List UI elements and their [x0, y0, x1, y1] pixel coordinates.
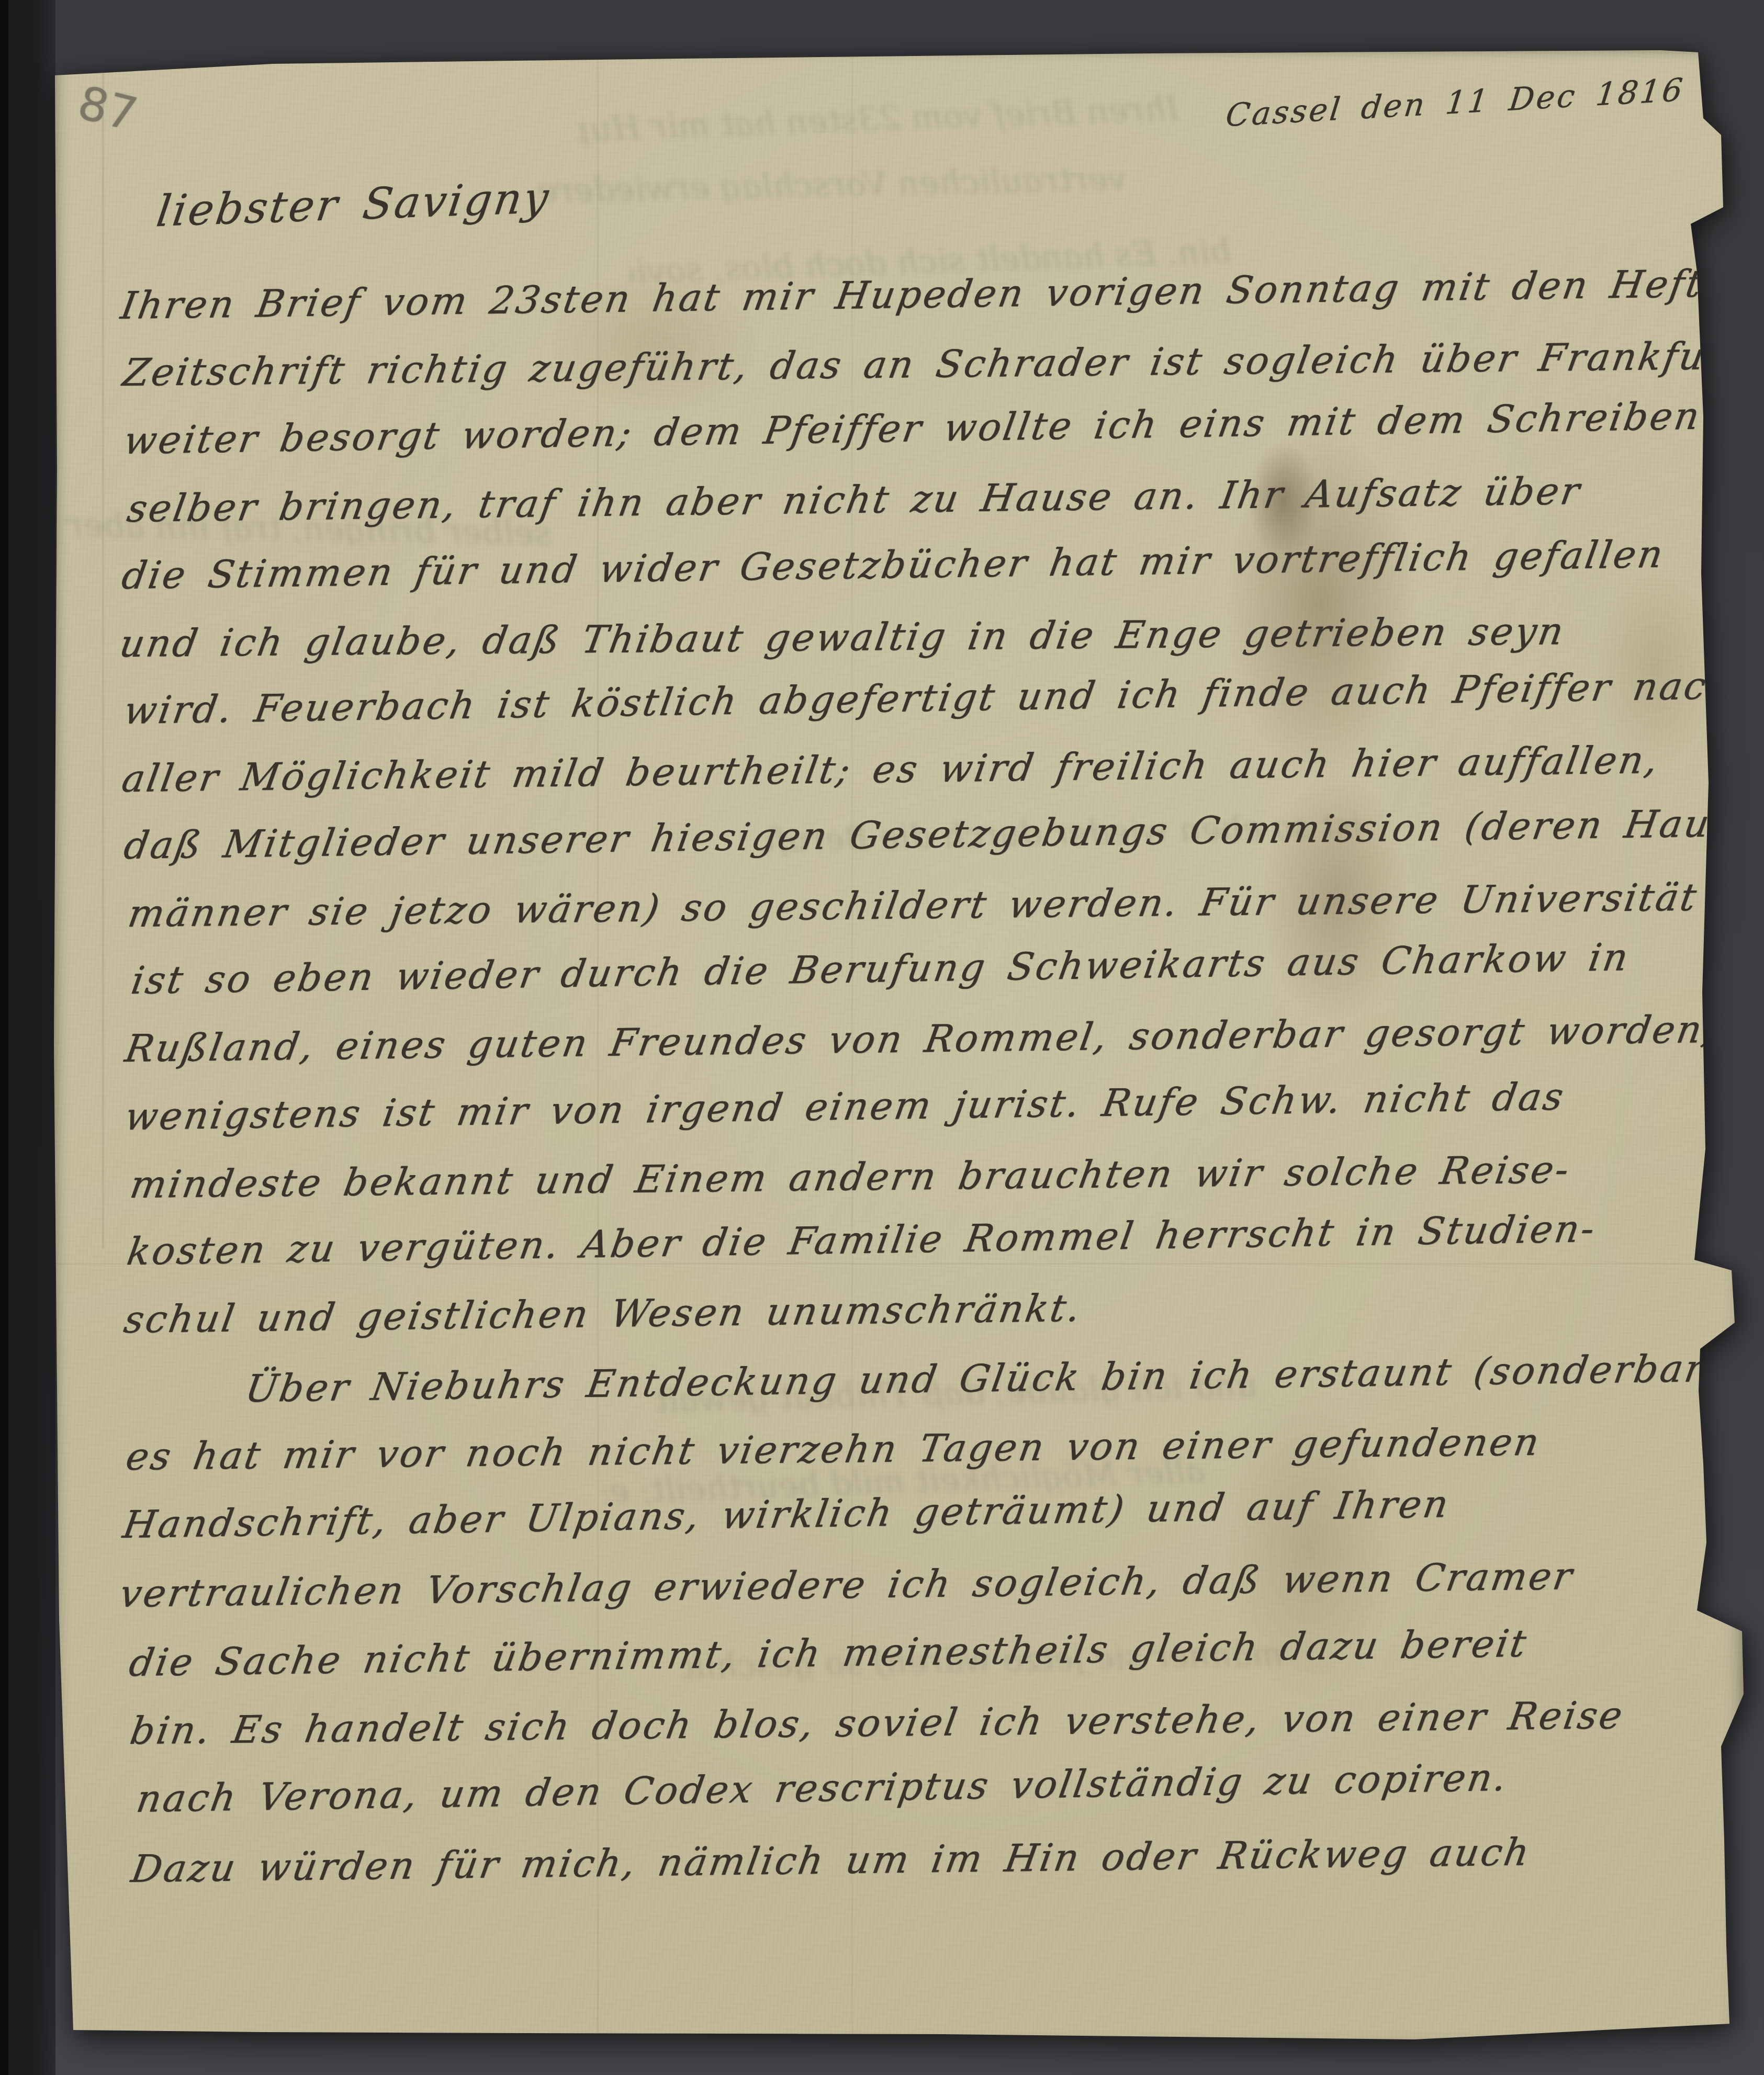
letter-body: Ihren Brief vom 23sten hat mir Hupeden v…	[54, 50, 1744, 2047]
hand-line: die Stimmen für und wider Gesetzbücher h…	[119, 535, 1667, 594]
hand-line: Zeitschrift richtig zugeführt, das an Sc…	[120, 337, 1744, 392]
hand-line: ist so eben wieder durch die Berufung Sc…	[129, 938, 1633, 999]
hand-line: wird. Feuerbach ist köstlich abgefertigt…	[121, 667, 1737, 730]
hand-line: und ich glaube, daß Thibaut gewaltig in …	[117, 612, 1568, 662]
hand-line: mindeste bekannt und Einem andern brauch…	[128, 1151, 1574, 1203]
hand-line: schul und geistlichen Wesen unumschränkt…	[121, 1289, 1085, 1339]
binding-shadow-strip	[0, 0, 55, 2075]
hand-line: vertraulichen Vorschlag erwiedere ich so…	[117, 1557, 1577, 1612]
hand-line: männer sie jetzo wären) so geschildert w…	[126, 878, 1701, 933]
hand-line: wenigstens ist mir von irgend einem juri…	[122, 1078, 1568, 1136]
hand-line: Dazu würden für mich, nämlich um im Hin …	[129, 1833, 1534, 1888]
hand-line: bin. Es handelt sich doch blos, soviel i…	[128, 1696, 1627, 1750]
hand-line: Über Niebuhrs Entdeckung und Glück bin i…	[243, 1349, 1718, 1407]
hand-line: selber bringen, traf ihn aber nicht zu H…	[125, 472, 1584, 527]
letter-page: 87 Cassel den 11 Dec 1816 liebster Savig…	[54, 50, 1744, 2047]
hand-line: nach Verona, um den Codex rescriptus vol…	[134, 1758, 1511, 1818]
hand-line: Ihren Brief vom 23sten hat mir Hupeden v…	[118, 263, 1744, 324]
hand-line: kosten zu vergüten. Aber die Familie Rom…	[125, 1210, 1599, 1270]
hand-line: aller Möglichkeit mild beurtheilt; es wi…	[119, 741, 1662, 797]
hand-line: Rußland, eines guten Freundes von Rommel…	[122, 1010, 1721, 1067]
hand-line: es hat mir vor noch nicht vierzehn Tagen…	[123, 1423, 1544, 1475]
hand-line: die Sache nicht übernimmt, ich meinesthe…	[127, 1625, 1531, 1682]
scan-background: 87 Cassel den 11 Dec 1816 liebster Savig…	[0, 0, 1764, 2075]
hand-line: weiter besorgt worden; dem Pfeiffer woll…	[121, 397, 1704, 460]
hand-line: daß Mitglieder unserer hiesigen Gesetzge…	[121, 804, 1744, 864]
hand-line: Handschrift, aber Ulpians, wirklich getr…	[120, 1485, 1453, 1543]
